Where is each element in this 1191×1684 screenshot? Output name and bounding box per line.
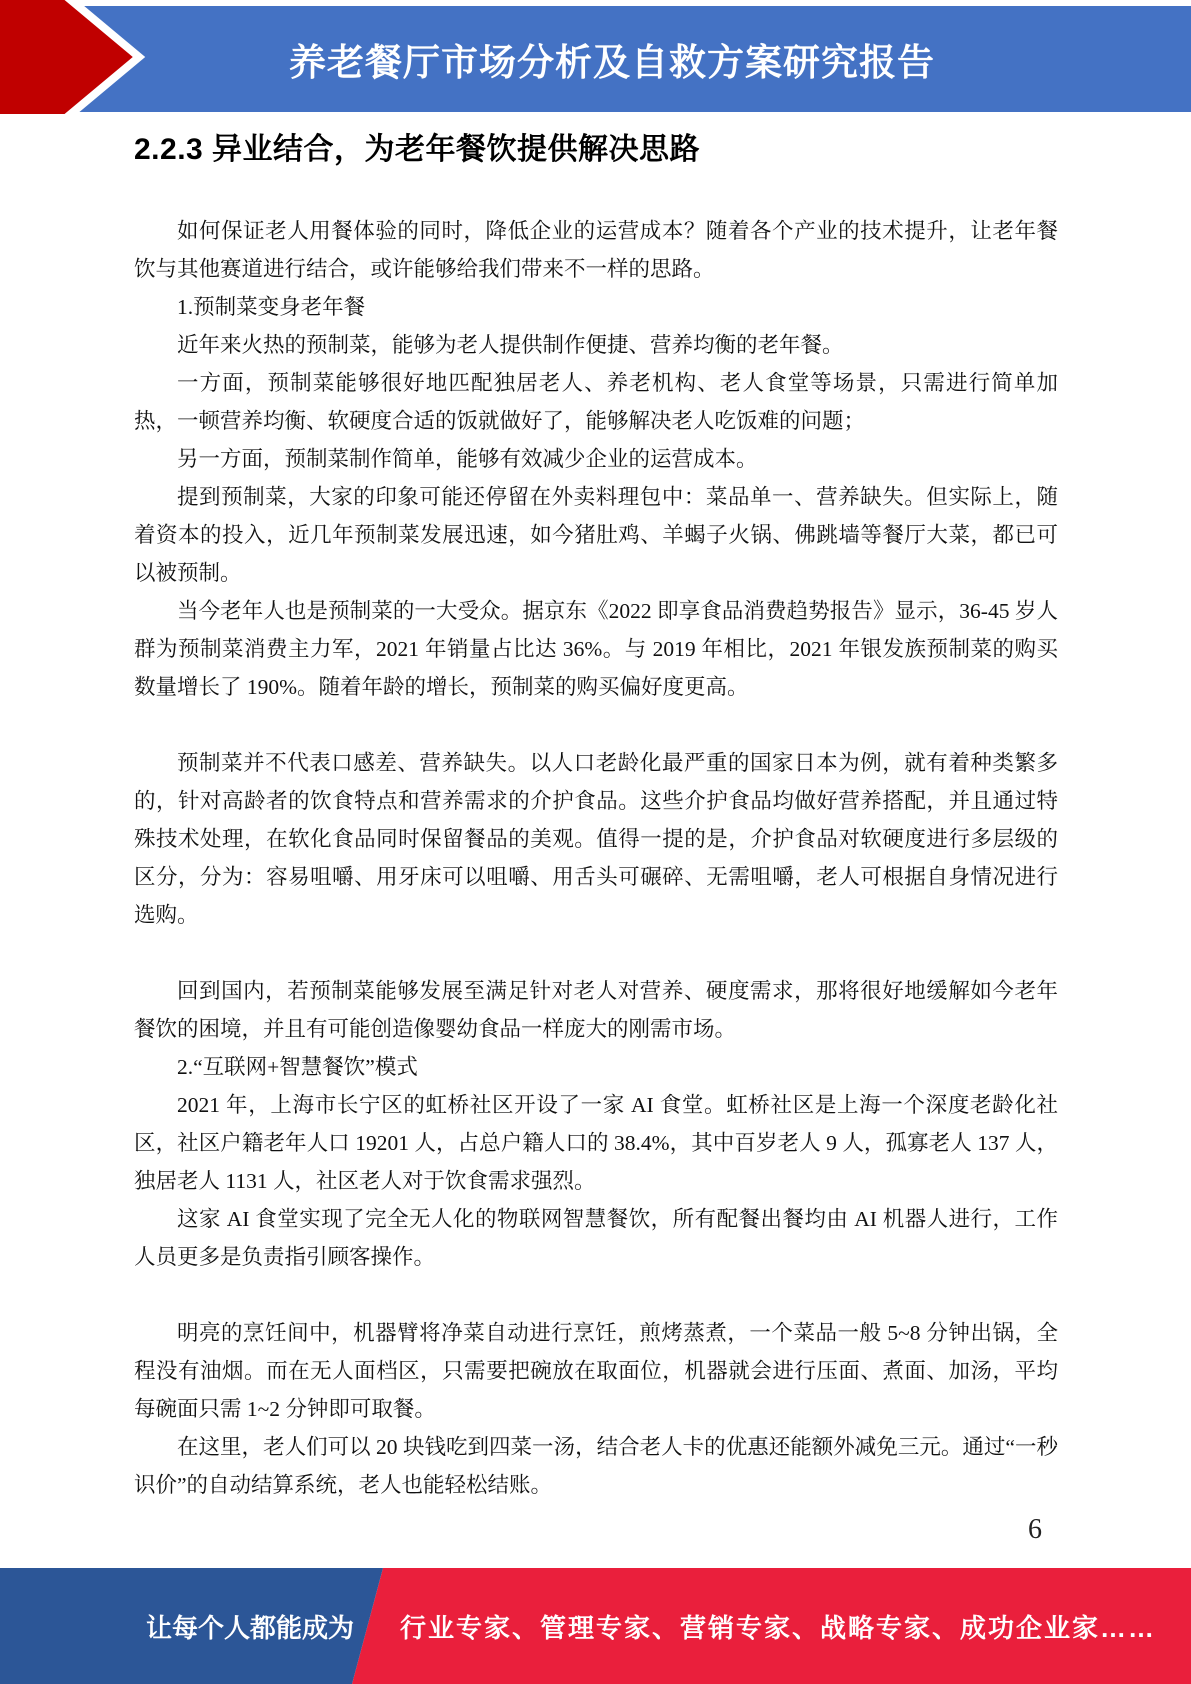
paragraph: 明亮的烹饪间中，机器臂将净菜自动进行烹饪，煎烤蒸煮，一个菜品一般 5~8 分钟出… (134, 1314, 1058, 1428)
red-chevron-icon (0, 0, 150, 114)
paragraph: 提到预制菜，大家的印象可能还停留在外卖料理包中：菜品单一、营养缺失。但实际上，随… (134, 478, 1058, 592)
paragraph: 在这里，老人们可以 20 块钱吃到四菜一汤，结合老人卡的优惠还能额外减免三元。通… (134, 1428, 1058, 1504)
section-heading: 2.2.3 异业结合，为老年餐饮提供解决思路 (134, 124, 700, 168)
body-text: 如何保证老人用餐体验的同时，降低企业的运营成本？随着各个产业的技术提升，让老年餐… (134, 212, 1058, 1504)
header-banner: 养老餐厅市场分析及自救方案研究报告 (33, 6, 1191, 112)
paragraph: 近年来火热的预制菜，能够为老人提供制作便捷、营养均衡的老年餐。 (134, 326, 1058, 364)
page-number: 6 (1028, 1514, 1042, 1546)
paragraph: 一方面，预制菜能够很好地匹配独居老人、养老机构、老人食堂等场景，只需进行简单加热… (134, 364, 1058, 440)
paragraph: 2021 年，上海市长宁区的虹桥社区开设了一家 AI 食堂。虹桥社区是上海一个深… (134, 1086, 1058, 1200)
paragraph: 预制菜并不代表口感差、营养缺失。以人口老龄化最严重的国家日本为例，就有着种类繁多… (134, 744, 1058, 934)
footer-band: 让每个人都能成为 行业专家、管理专家、营销专家、战略专家、成功企业家…… (0, 1568, 1191, 1684)
paragraph: 另一方面，预制菜制作简单，能够有效减少企业的运营成本。 (134, 440, 1058, 478)
paragraph: 当今老年人也是预制菜的一大受众。据京东《2022 即享食品消费趋势报告》显示，3… (134, 592, 1058, 706)
paragraph: 这家 AI 食堂实现了完全无人化的物联网智慧餐饮，所有配餐出餐均由 AI 机器人… (134, 1200, 1058, 1276)
report-page: 养老餐厅市场分析及自救方案研究报告 2.2.3 异业结合，为老年餐饮提供解决思路… (0, 0, 1191, 1684)
report-title: 养老餐厅市场分析及自救方案研究报告 (289, 32, 935, 86)
paragraph: 2.“互联网+智慧餐饮”模式 (134, 1048, 1058, 1086)
footer-slogan-right: 行业专家、管理专家、营销专家、战略专家、成功企业家…… (400, 1568, 1156, 1684)
footer-slogan-left: 让每个人都能成为 (0, 1568, 354, 1684)
paragraph: 回到国内，若预制菜能够发展至满足针对老人对营养、硬度需求，那将很好地缓解如今老年… (134, 972, 1058, 1048)
paragraph: 1.预制菜变身老年餐 (134, 288, 1058, 326)
paragraph: 如何保证老人用餐体验的同时，降低企业的运营成本？随着各个产业的技术提升，让老年餐… (134, 212, 1058, 288)
